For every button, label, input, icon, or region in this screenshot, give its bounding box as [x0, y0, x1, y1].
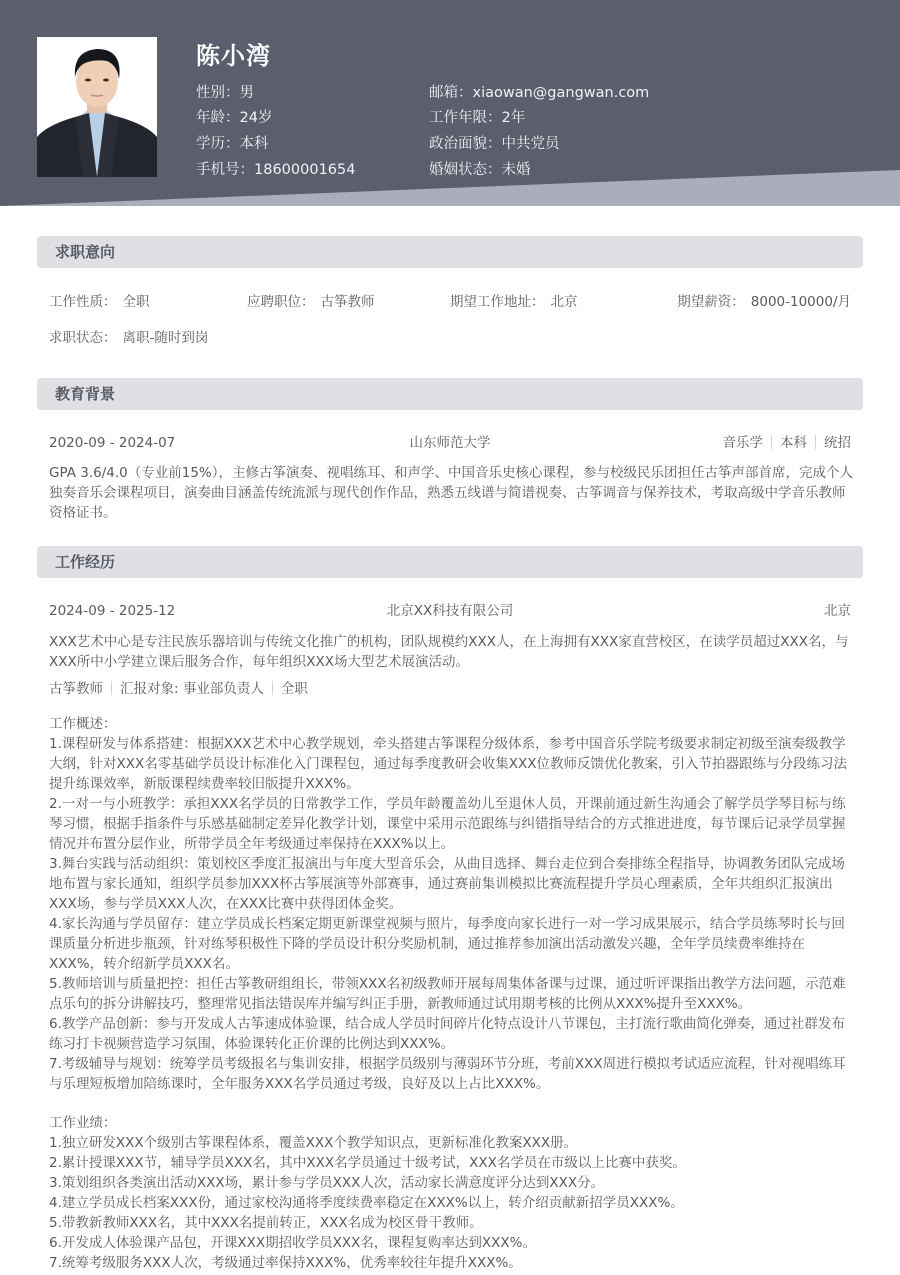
- field-salary: 期望薪资：8000-10000/月: [677, 292, 851, 312]
- field-job-type: 工作性质：全职: [49, 292, 150, 312]
- portrait-image: [37, 37, 157, 177]
- achievement-item: 3.策划组织各类演出活动XXX场，累计参与学员XXX人次，活动家长满意度评分达到…: [49, 1173, 853, 1193]
- achievement-item: 5.带教新教师XXX名，其中XXX名提前转正，XXX名成为校区骨干教师。: [49, 1213, 853, 1233]
- section-title: 教育背景: [55, 384, 115, 404]
- work-location: 北京: [824, 601, 851, 621]
- achievements-heading: 工作业绩：: [49, 1113, 853, 1133]
- field-job-status: 求职状态：离职-随时到岗: [49, 328, 208, 348]
- section-header-job-intention: 求职意向: [37, 236, 863, 268]
- overview-item: 2.一对一与小班教学：承担XXX名学员的日常教学工作，学员年龄覆盖幼儿至退休人员…: [49, 794, 853, 854]
- overview-item: 7.考级辅导与规划：统筹学员考级报名与集训安排，根据学员级别与薄弱环节分班，考前…: [49, 1054, 853, 1094]
- info-political-status: 政治面貌：中共党员: [429, 134, 560, 154]
- info-age: 年龄：24岁: [196, 108, 272, 128]
- info-education-level: 学历：本科: [196, 134, 269, 154]
- avatar-photo: [37, 37, 157, 177]
- field-position: 应聘职位：古筝教师: [247, 292, 375, 312]
- work-achievements: 工作业绩： 1.独立研发XXX个级别古筝课程体系，覆盖XXX个教学知识点，更新标…: [49, 1113, 853, 1273]
- candidate-name: 陈小湾: [196, 40, 271, 72]
- divider: [111, 681, 112, 695]
- education-description: GPA 3.6/4.0（专业前15%），主修古筝演奏、视唱练耳、和声学、中国音乐…: [49, 463, 853, 523]
- section-header-education: 教育背景: [37, 378, 863, 410]
- divider: [771, 435, 772, 449]
- info-phone: 手机号：18600001654: [196, 160, 355, 180]
- overview-heading: 工作概述：: [49, 714, 853, 734]
- section-header-work: 工作经历: [37, 546, 863, 578]
- work-overview: 工作概述： 1.课程研发与体系搭建：根据XXX艺术中心教学规划，牵头搭建古筝课程…: [49, 714, 853, 1094]
- section-title: 求职意向: [55, 242, 115, 262]
- overview-item: 5.教师培训与质量把控：担任古筝教研组组长，带领XXX名初级教师开展每周集体备课…: [49, 974, 853, 1014]
- section-title: 工作经历: [55, 552, 115, 572]
- overview-item: 1.课程研发与体系搭建：根据XXX艺术中心教学规划，牵头搭建古筝课程分级体系，参…: [49, 734, 853, 794]
- info-email: 邮箱：xiaowan@gangwan.com: [429, 83, 649, 103]
- field-location: 期望工作地址：北京: [450, 292, 578, 312]
- overview-item: 4.家长沟通与学员留存：建立学员成长档案定期更新课堂视频与照片，每季度向家长进行…: [49, 914, 853, 974]
- achievement-item: 4.建立学员成长档案XXX份，通过家校沟通将季度续费率稳定在XXX%以上，转介绍…: [49, 1193, 853, 1213]
- achievement-item: 1.独立研发XXX个级别古筝课程体系，覆盖XXX个教学知识点，更新标准化教案XX…: [49, 1133, 853, 1153]
- work-role-tags: 古筝教师汇报对象: 事业部负责人全职: [49, 679, 308, 699]
- overview-item: 6.教学产品创新：参与开发成人古筝速成体验课，结合成人学员时间碎片化特点设计八节…: [49, 1014, 853, 1054]
- work-company: 北京XX科技有限公司: [0, 601, 900, 621]
- achievement-item: 6.开发成人体验课产品包，开课XXX期招收学员XXX名，课程复购率达到XXX%。: [49, 1233, 853, 1253]
- education-tags: 音乐学本科统招: [723, 433, 852, 453]
- overview-item: 3.舞台实践与活动组织：策划校区季度汇报演出与年度大型音乐会，从曲目选择、舞台走…: [49, 854, 853, 914]
- resume-header: 陈小湾 性别：男 年龄：24岁 学历：本科 手机号：18600001654 邮箱…: [0, 0, 900, 206]
- info-marital-status: 婚姻状态：未婚: [429, 160, 531, 180]
- divider: [815, 435, 816, 449]
- info-work-years: 工作年限：2年: [429, 108, 525, 128]
- achievement-item: 7.统筹考级服务XXX人次，考级通过率保持XXX%，优秀率较往年提升XXX%。: [49, 1253, 853, 1273]
- company-description: XXX艺术中心是专注民族乐器培训与传统文化推广的机构，团队规模约XXX人，在上海…: [49, 632, 853, 672]
- divider: [272, 681, 273, 695]
- info-gender: 性别：男: [196, 83, 254, 103]
- achievement-item: 2.累计授课XXX节，辅导学员XXX名，其中XXX名学员通过十级考试，XXX名学…: [49, 1153, 853, 1173]
